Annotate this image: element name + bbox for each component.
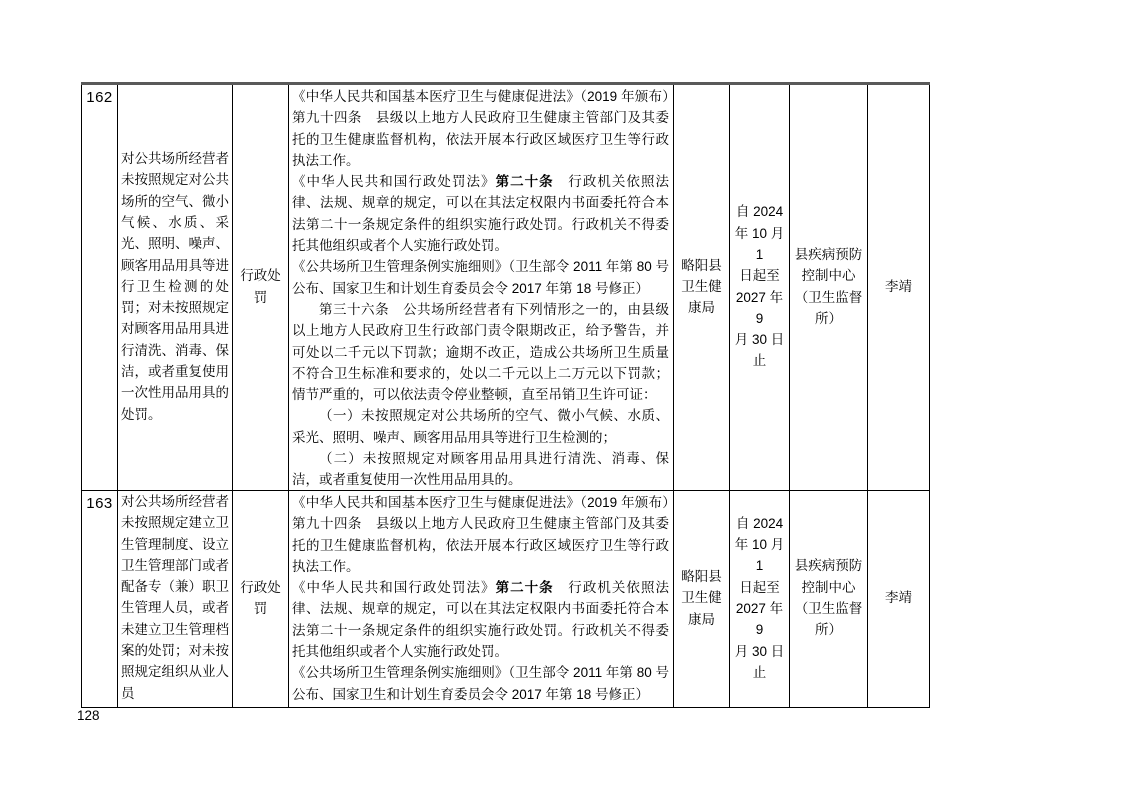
authority-cell: 略阳县 卫生健 康局 bbox=[674, 84, 730, 491]
legal-paragraph: 《中华人民共和国基本医疗卫生与健康促进法》（2019 年颁布）第九十四条 县级以… bbox=[292, 492, 669, 577]
penalty-type-text: 行政处罚 bbox=[233, 577, 288, 620]
law-article-bold: 第二十条 bbox=[496, 580, 554, 595]
authority-text: 略阳县 卫生健 康局 bbox=[674, 566, 729, 630]
period-cell: 自 2024 年 10 月 1 日起至 2027 年 9 月 30 日 止 bbox=[730, 491, 790, 708]
contact-cell: 李靖 bbox=[868, 84, 930, 491]
penalty-type-cell: 行政处罚 bbox=[233, 84, 289, 491]
row-number-cell: 163 bbox=[82, 491, 118, 708]
legal-paragraph: （二）未按照规定对顾客用品用具进行清洗、消毒、保洁，或者重复使用一次性用品用具的… bbox=[292, 448, 669, 489]
penalty-items-table: 162 对公共场所经营者未按照规定对公共场所的空气、微小气候、水质、采光、照明、… bbox=[81, 82, 930, 708]
table-row: 162 对公共场所经营者未按照规定对公共场所的空气、微小气候、水质、采光、照明、… bbox=[82, 84, 930, 491]
implementer-text: 县疾病预防 控制中心 （卫生监督 所） bbox=[790, 555, 867, 640]
penalty-matter-cell: 对公共场所经营者未按照规定对公共场所的空气、微小气候、水质、采光、照明、噪声、顾… bbox=[118, 84, 233, 491]
legal-basis-cell: 《中华人民共和国基本医疗卫生与健康促进法》（2019 年颁布）第九十四条 县级以… bbox=[289, 84, 674, 491]
row-number-cell: 162 bbox=[82, 84, 118, 491]
legal-paragraph: 第三十六条 公共场所经营者有下列情形之一的，由县级以上地方人民政府卫生行政部门责… bbox=[292, 299, 669, 405]
legal-basis-cell: 《中华人民共和国基本医疗卫生与健康促进法》（2019 年颁布）第九十四条 县级以… bbox=[289, 491, 674, 708]
legal-paragraph: 《中华人民共和国行政处罚法》第二十条 行政机关依照法律、法规、规章的规定，可以在… bbox=[292, 577, 669, 662]
implementer-text: 县疾病预防 控制中心 （卫生监督 所） bbox=[790, 244, 867, 329]
contact-name: 李靖 bbox=[868, 276, 929, 297]
legal-paragraph: 《中华人民共和国行政处罚法》第二十条 行政机关依照法律、法规、规章的规定，可以在… bbox=[292, 171, 669, 256]
contact-name: 李靖 bbox=[868, 587, 929, 608]
legal-paragraph: 《公共场所卫生管理条例实施细则》（卫生部令 2011 年第 80 号公布、国家卫… bbox=[292, 662, 669, 705]
page-number: 128 bbox=[77, 708, 100, 723]
period-text: 自 2024 年 10 月 1 日起至 2027 年 9 月 30 日 止 bbox=[730, 201, 789, 371]
table-row: 163 对公共场所经营者未按照规定建立卫生管理制度、设立卫生管理部门或者配备专（… bbox=[82, 491, 930, 708]
legal-paragraph: 《公共场所卫生管理条例实施细则》（卫生部令 2011 年第 80 号公布、国家卫… bbox=[292, 256, 669, 299]
row-number: 162 bbox=[86, 87, 113, 108]
law-article-bold: 第二十条 bbox=[496, 174, 554, 189]
contact-cell: 李靖 bbox=[868, 491, 930, 708]
legal-paragraph: 《中华人民共和国基本医疗卫生与健康促进法》（2019 年颁布）第九十四条 县级以… bbox=[292, 86, 669, 171]
period-cell: 自 2024 年 10 月 1 日起至 2027 年 9 月 30 日 止 bbox=[730, 84, 790, 491]
row-number: 163 bbox=[86, 493, 113, 514]
legal-paragraph: （一）未按照规定对公共场所的空气、微小气候、水质、采光、照明、噪声、顾客用品用具… bbox=[292, 405, 669, 448]
period-text: 自 2024 年 10 月 1 日起至 2027 年 9 月 30 日 止 bbox=[730, 513, 789, 683]
law-title: 《中华人民共和国行政处罚法》 bbox=[292, 174, 496, 189]
penalty-matter-text: 对公共场所经营者未按照规定建立卫生管理制度、设立卫生管理部门或者配备专（兼）职卫… bbox=[118, 491, 232, 704]
penalty-matter-text: 对公共场所经营者未按照规定对公共场所的空气、微小气候、水质、采光、照明、噪声、顾… bbox=[118, 148, 232, 425]
implementer-cell: 县疾病预防 控制中心 （卫生监督 所） bbox=[790, 84, 868, 491]
authority-text: 略阳县 卫生健 康局 bbox=[674, 255, 729, 319]
authority-cell: 略阳县 卫生健 康局 bbox=[674, 491, 730, 708]
implementer-cell: 县疾病预防 控制中心 （卫生监督 所） bbox=[790, 491, 868, 708]
penalty-type-text: 行政处罚 bbox=[233, 265, 288, 308]
law-title: 《中华人民共和国行政处罚法》 bbox=[292, 580, 496, 595]
penalty-type-cell: 行政处罚 bbox=[233, 491, 289, 708]
penalty-matter-cell: 对公共场所经营者未按照规定建立卫生管理制度、设立卫生管理部门或者配备专（兼）职卫… bbox=[118, 491, 233, 708]
